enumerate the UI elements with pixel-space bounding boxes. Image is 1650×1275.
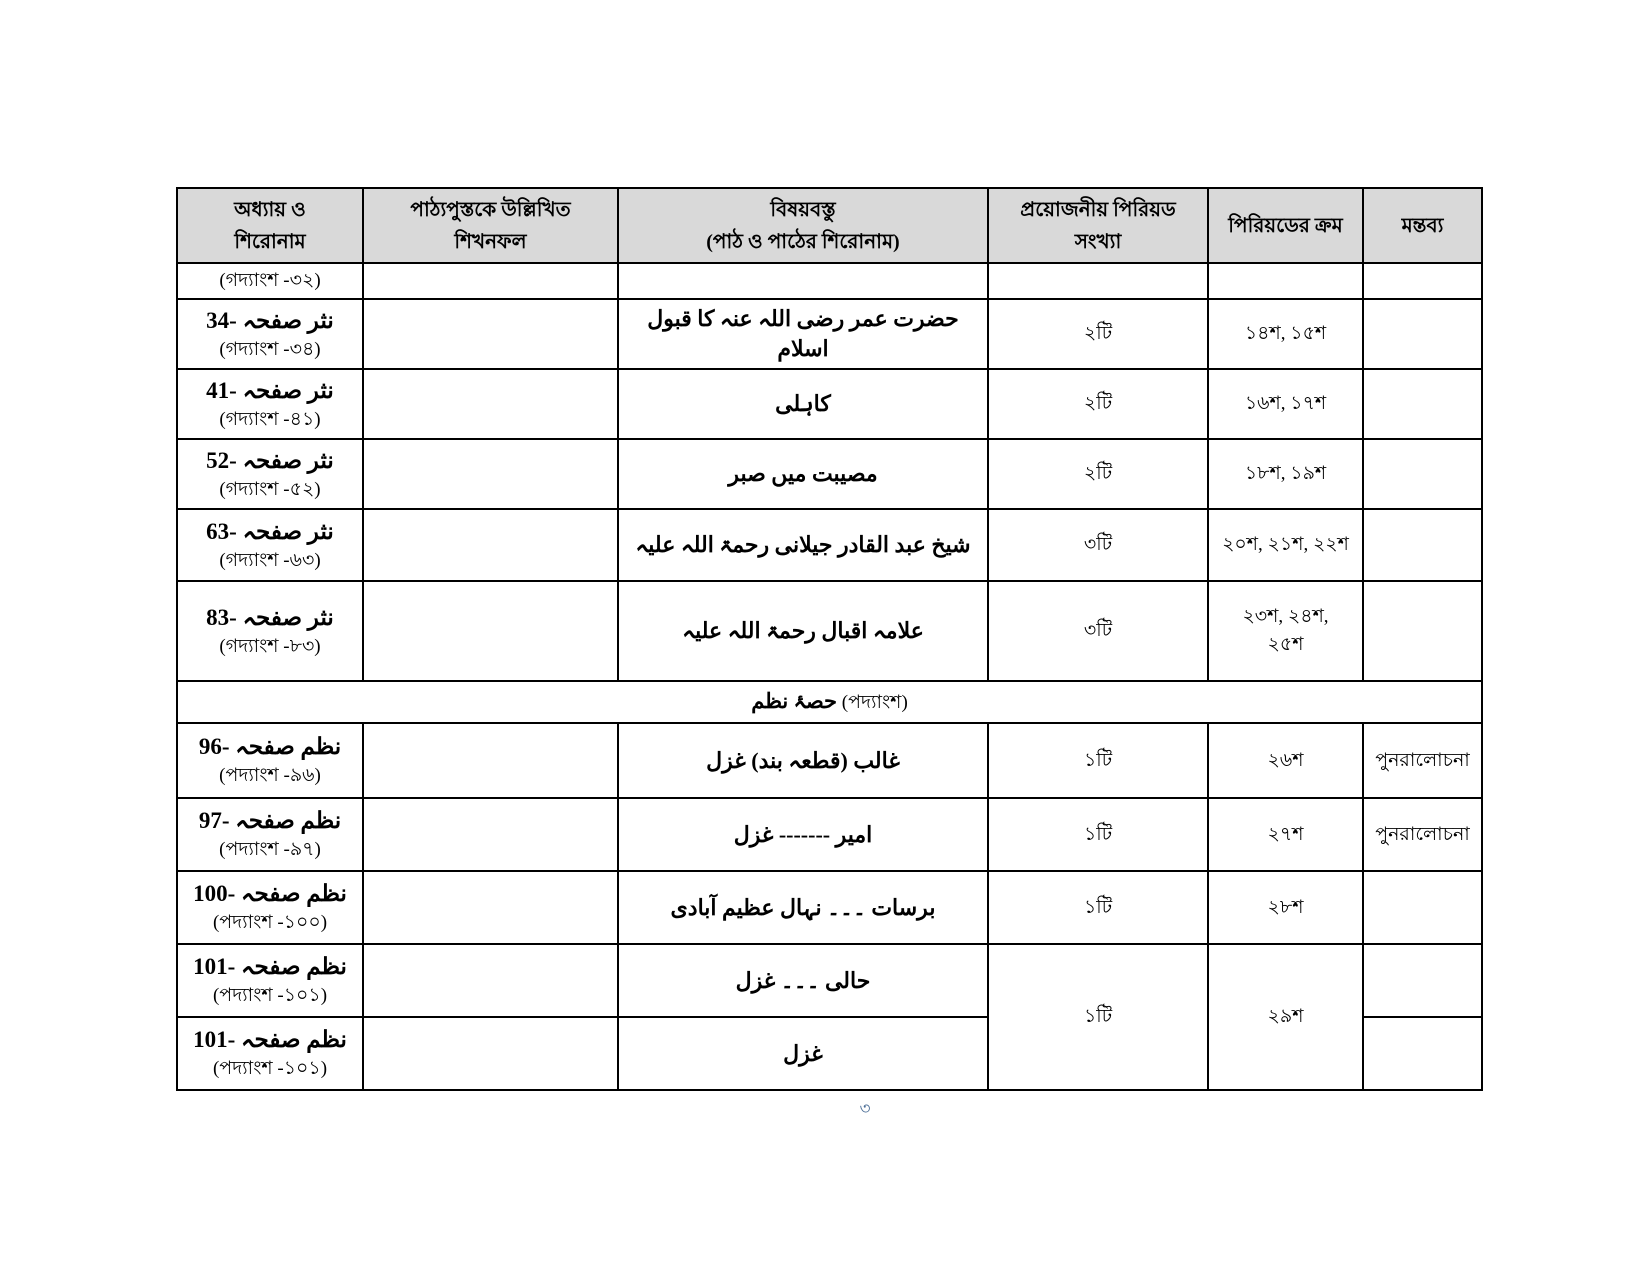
section-divider-bangla: (পদ্যাংশ) (842, 692, 908, 713)
chapter-cell: نظم صفحہ -101 (পদ্যাংশ -১০১) (177, 944, 363, 1017)
chapter-bangla-label: (পদ্যাংশ -৯৬) (183, 762, 357, 790)
outcome-cell (363, 871, 618, 944)
remark-cell (1363, 263, 1482, 299)
content-urdu-text: غزل (783, 1039, 823, 1069)
content-urdu-text: کاہلی (775, 389, 831, 419)
table-row: نثر صفحہ -41 (গদ্যাংশ -৪১) کاہلی ২টি ১৬শ… (177, 369, 1482, 439)
remark-cell (1363, 369, 1482, 439)
periods-cell: ১টি (988, 723, 1208, 798)
chapter-bangla-label: (পদ্যাংশ -১০০) (183, 909, 357, 937)
header-text: প্রয়োজনীয় পিরিয়ড (994, 194, 1202, 226)
content-urdu-text: امیر ------- غزل (734, 820, 873, 850)
content-cell: برسات ۔۔۔ نہال عظیم آبادی (618, 871, 988, 944)
periods-cell: ৩টি (988, 581, 1208, 681)
content-cell: غزل (618, 1017, 988, 1090)
table-row: نظم صفحہ -96 (পদ্যাংশ -৯৬) غالب (قطعہ بن… (177, 723, 1482, 798)
table-row: نثر صفحہ -34 (গদ্যাংশ -৩৪) حضرت عمر رضی … (177, 299, 1482, 369)
col-header-remarks: মন্তব্য (1363, 188, 1482, 263)
content-urdu-text: حالی ۔۔۔ غزل (736, 966, 871, 996)
sequence-cell: ২৬শ (1208, 723, 1363, 798)
chapter-bangla-label: (পদ্যাংশ -১০১) (183, 982, 357, 1010)
remark-cell (1363, 299, 1482, 369)
content-cell: شیخ عبد القادر جیلانی رحمۃ اللہ علیہ (618, 509, 988, 581)
outcome-cell (363, 581, 618, 681)
content-cell: علامہ اقبال رحمۃ اللہ علیہ (618, 581, 988, 681)
chapter-bangla-label: (গদ্যাংশ -৩২) (183, 267, 357, 295)
chapter-cell: نثر صفحہ -34 (গদ্যাংশ -৩৪) (177, 299, 363, 369)
section-divider-urdu: حصۂ نظم (751, 689, 837, 713)
sequence-cell: ২৭শ (1208, 798, 1363, 871)
chapter-bangla-label: (পদ্যাংশ -১০১) (183, 1055, 357, 1083)
chapter-urdu-label: نثر صفحہ -41 (183, 375, 357, 406)
chapter-bangla-label: (গদ্যাংশ -৩৪) (183, 336, 357, 364)
chapter-cell: نظم صفحہ -100 (পদ্যাংশ -১০০) (177, 871, 363, 944)
content-cell: مصیبت میں صبر (618, 439, 988, 509)
chapter-cell: (গদ্যাংশ -৩২) (177, 263, 363, 299)
sequence-text: ২৩শ, ২৪শ, ২৫শ (1227, 603, 1345, 658)
content-cell: امیر ------- غزل (618, 798, 988, 871)
chapter-cell: نظم صفحہ -96 (পদ্যাংশ -৯৬) (177, 723, 363, 798)
content-cell: کاہلی (618, 369, 988, 439)
sequence-cell: ১৬শ, ১৭শ (1208, 369, 1363, 439)
header-text: (পাঠ ও পাঠের শিরোনাম) (624, 226, 982, 258)
outcome-cell (363, 299, 618, 369)
chapter-urdu-label: نظم صفحہ -97 (183, 805, 357, 836)
chapter-urdu-label: نظم صفحہ -101 (183, 951, 357, 982)
chapter-bangla-label: (গদ্যাংশ -৮৩) (183, 633, 357, 661)
sequence-cell: ১৪শ, ১৫শ (1208, 299, 1363, 369)
sequence-cell: ২৯শ (1208, 944, 1363, 1090)
lesson-plan-table: অধ্যায় ও শিরোনাম পাঠ্যপুস্তকে উল্লিখিত … (176, 187, 1483, 1091)
outcome-cell (363, 439, 618, 509)
remark-cell (1363, 871, 1482, 944)
chapter-urdu-label: نظم صفحہ -96 (183, 731, 357, 762)
section-divider-cell: (পদ্যাংশ) حصۂ نظم (177, 681, 1482, 723)
header-text: শিখনফল (369, 226, 612, 258)
sequence-cell: ১৮শ, ১৯শ (1208, 439, 1363, 509)
periods-cell (988, 263, 1208, 299)
sequence-cell (1208, 263, 1363, 299)
remark-cell (1363, 439, 1482, 509)
section-divider-row: (পদ্যাংশ) حصۂ نظم (177, 681, 1482, 723)
chapter-urdu-label: نثر صفحہ -63 (183, 516, 357, 547)
chapter-bangla-label: (পদ্যাংশ -৯৭) (183, 836, 357, 864)
content-urdu-text: غالب (قطعہ بند) غزل (706, 746, 900, 776)
sequence-cell: ২৩শ, ২৪শ, ২৫শ (1208, 581, 1363, 681)
content-urdu-text: حضرت عمر رضی اللہ عنہ کا قبول اسلام (627, 304, 979, 363)
chapter-cell: نثر صفحہ -83 (গদ্যাংশ -৮৩) (177, 581, 363, 681)
chapter-bangla-label: (গদ্যাংশ -৫২) (183, 476, 357, 504)
outcome-cell (363, 1017, 618, 1090)
chapter-cell: نثر صفحہ -63 (গদ্যাংশ -৬৩) (177, 509, 363, 581)
periods-cell: ১টি (988, 944, 1208, 1090)
header-text: সংখ্যা (994, 226, 1202, 258)
periods-cell: ২টি (988, 439, 1208, 509)
remark-cell (1363, 1017, 1482, 1090)
outcome-cell (363, 509, 618, 581)
content-urdu-text: شیخ عبد القادر جیلانی رحمۃ اللہ علیہ (635, 530, 970, 560)
remark-cell: পুনরালোচনা (1363, 723, 1482, 798)
chapter-cell: نثر صفحہ -52 (গদ্যাংশ -৫২) (177, 439, 363, 509)
header-text: শিরোনাম (183, 226, 357, 258)
sequence-cell: ২০শ, ২১শ, ২২শ (1208, 509, 1363, 581)
outcome-cell (363, 263, 618, 299)
content-cell: حضرت عمر رضی اللہ عنہ کا قبول اسلام (618, 299, 988, 369)
content-urdu-text: مصیبت میں صبر (728, 459, 877, 489)
document-page: অধ্যায় ও শিরোনাম পাঠ্যপুস্তকে উল্লিখিত … (0, 0, 1650, 1275)
table-row: نثر صفحہ -83 (গদ্যাংশ -৮৩) علامہ اقبال ر… (177, 581, 1482, 681)
periods-cell: ২টি (988, 369, 1208, 439)
outcome-cell (363, 798, 618, 871)
content-cell (618, 263, 988, 299)
col-header-content: বিষয়বস্তু (পাঠ ও পাঠের শিরোনাম) (618, 188, 988, 263)
chapter-urdu-label: نثر صفحہ -52 (183, 445, 357, 476)
remark-cell (1363, 581, 1482, 681)
content-cell: حالی ۔۔۔ غزل (618, 944, 988, 1017)
periods-cell: ১টি (988, 798, 1208, 871)
content-cell: غالب (قطعہ بند) غزل (618, 723, 988, 798)
table-row: نظم صفحہ -97 (পদ্যাংশ -৯৭) امیر ------- … (177, 798, 1482, 871)
chapter-bangla-label: (গদ্যাংশ -৬৩) (183, 547, 357, 575)
chapter-urdu-label: نظم صفحہ -101 (183, 1024, 357, 1055)
periods-cell: ২টি (988, 299, 1208, 369)
table-row: (গদ্যাংশ -৩২) (177, 263, 1482, 299)
table-row: نثر صفحہ -52 (গদ্যাংশ -৫২) مصیبت میں صبر… (177, 439, 1482, 509)
table-row: نثر صفحہ -63 (গদ্যাংশ -৬৩) شیخ عبد القاد… (177, 509, 1482, 581)
content-urdu-text: برسات ۔۔۔ نہال عظیم آبادی (671, 893, 936, 923)
col-header-chapter: অধ্যায় ও শিরোনাম (177, 188, 363, 263)
chapter-bangla-label: (গদ্যাংশ -৪১) (183, 406, 357, 434)
periods-cell: ১টি (988, 871, 1208, 944)
chapter-cell: نظم صفحہ -97 (পদ্যাংশ -৯৭) (177, 798, 363, 871)
col-header-periods-needed: প্রয়োজনীয় পিরিয়ড সংখ্যা (988, 188, 1208, 263)
outcome-cell (363, 944, 618, 1017)
remark-cell: পুনরালোচনা (1363, 798, 1482, 871)
table-row: نظم صفحہ -101 (পদ্যাংশ -১০১) حالی ۔۔۔ غز… (177, 944, 1482, 1017)
header-text: পাঠ্যপুস্তকে উল্লিখিত (369, 194, 612, 226)
sequence-cell: ২৮শ (1208, 871, 1363, 944)
chapter-urdu-label: نثر صفحہ -83 (183, 602, 357, 633)
header-row: অধ্যায় ও শিরোনাম পাঠ্যপুস্তকে উল্লিখিত … (177, 188, 1482, 263)
outcome-cell (363, 723, 618, 798)
col-header-learning-outcome: পাঠ্যপুস্তকে উল্লিখিত শিখনফল (363, 188, 618, 263)
table-row: نظم صفحہ -100 (পদ্যাংশ -১০০) برسات ۔۔۔ ن… (177, 871, 1482, 944)
remark-cell (1363, 944, 1482, 1017)
header-text: বিষয়বস্তু (624, 194, 982, 226)
outcome-cell (363, 369, 618, 439)
header-text: অধ্যায় ও (183, 194, 357, 226)
chapter-urdu-label: نثر صفحہ -34 (183, 305, 357, 336)
col-header-period-sequence: পিরিয়ডের ক্রম (1208, 188, 1363, 263)
page-number: ৩ (830, 1096, 900, 1124)
chapter-cell: نثر صفحہ -41 (গদ্যাংশ -৪১) (177, 369, 363, 439)
chapter-urdu-label: نظم صفحہ -100 (183, 878, 357, 909)
header-text: পিরিয়ডের ক্রম (1214, 210, 1357, 242)
remark-cell (1363, 509, 1482, 581)
content-urdu-text: علامہ اقبال رحمۃ اللہ علیہ (682, 616, 924, 646)
header-text: মন্তব্য (1369, 210, 1476, 242)
periods-cell: ৩টি (988, 509, 1208, 581)
chapter-cell: نظم صفحہ -101 (পদ্যাংশ -১০১) (177, 1017, 363, 1090)
